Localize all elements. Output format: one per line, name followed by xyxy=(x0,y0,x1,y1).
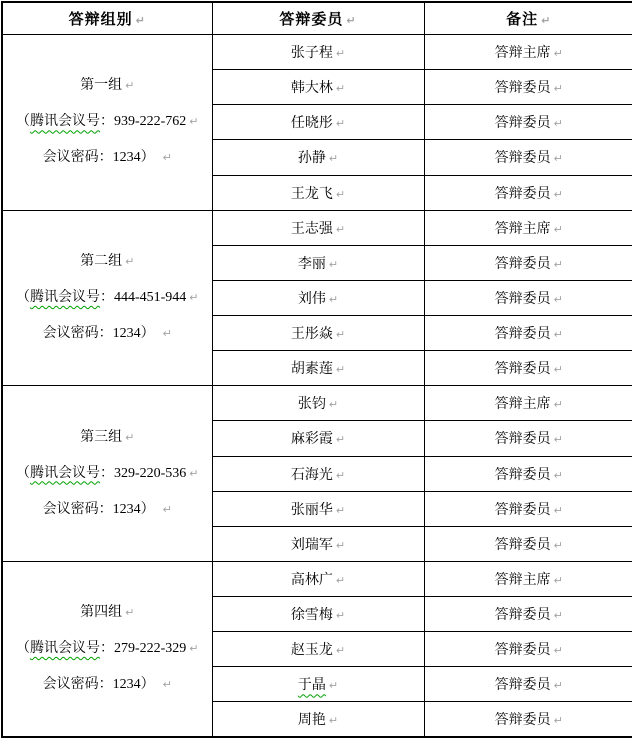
member-name-cell: 张钧↵ xyxy=(212,386,424,421)
member-role-cell: 答辩委员↵ xyxy=(424,316,632,351)
member-role: 答辩委员 xyxy=(495,116,551,131)
member-name: 王志强 xyxy=(291,222,333,237)
meeting-label-misspelled: 腾讯会议号 xyxy=(30,114,100,129)
member-role-cell: 答辩委员↵ xyxy=(424,245,632,280)
document-page: 答辩组别↵ 答辩委员↵ 备注↵ 第一组↵（腾讯会议号：939-222-762↵会… xyxy=(0,0,632,739)
member-name-cell: 韩大林↵ xyxy=(212,70,424,105)
member-name: 麻彩霞 xyxy=(291,432,333,447)
line-break-mark-icon: ↵ xyxy=(163,327,172,340)
member-role: 答辩委员 xyxy=(495,503,551,518)
member-name-cell: 李丽↵ xyxy=(212,245,424,280)
meeting-line-open: （ xyxy=(16,290,30,305)
group-name: 第一组↵ xyxy=(80,68,134,104)
line-break-mark-icon: ↵ xyxy=(346,14,356,27)
line-break-mark-icon: ↵ xyxy=(329,258,338,271)
line-break-mark-icon: ↵ xyxy=(554,644,563,657)
member-role-cell: 答辩委员↵ xyxy=(424,597,632,632)
member-role-cell: 答辩委员↵ xyxy=(424,351,632,386)
member-role-cell: 答辩委员↵ xyxy=(424,421,632,456)
line-break-mark-icon: ↵ xyxy=(554,679,563,692)
line-break-mark-icon: ↵ xyxy=(336,223,345,236)
member-role-cell: 答辩委员↵ xyxy=(424,491,632,526)
meeting-password-line: 会议密码：1234）↵ xyxy=(43,316,172,352)
line-break-mark-icon: ↵ xyxy=(554,504,563,517)
line-break-mark-icon: ↵ xyxy=(125,255,134,268)
member-role-cell: 答辩委员↵ xyxy=(424,632,632,667)
member-name: 孙静 xyxy=(298,151,326,166)
member-name-cell: 胡素莲↵ xyxy=(212,351,424,386)
line-break-mark-icon: ↵ xyxy=(554,433,563,446)
header-cell-member: 答辩委员↵ xyxy=(212,2,424,35)
line-break-mark-icon: ↵ xyxy=(163,503,172,516)
group-name: 第三组↵ xyxy=(80,420,134,456)
group-info-cell: 第三组↵（腾讯会议号：329-220-536↵会议密码：1234）↵ xyxy=(2,386,212,562)
line-break-mark-icon: ↵ xyxy=(336,433,345,446)
line-break-mark-icon: ↵ xyxy=(554,574,563,587)
group-info-lines: 第四组↵（腾讯会议号：279-222-329↵会议密码：1234）↵ xyxy=(3,595,212,703)
member-name: 韩大林 xyxy=(291,81,333,96)
member-name-cell: 徐雪梅↵ xyxy=(212,597,424,632)
line-break-mark-icon: ↵ xyxy=(554,293,563,306)
member-name-cell: 麻彩霞↵ xyxy=(212,421,424,456)
meeting-id-line: （腾讯会议号：279-222-329↵ xyxy=(16,631,199,667)
member-name: 张钧 xyxy=(298,397,326,412)
meeting-number: ：939-222-762 xyxy=(100,114,186,129)
member-role-cell: 答辩委员↵ xyxy=(424,702,632,737)
group-info-cell: 第二组↵（腾讯会议号：444-451-944↵会议密码：1234）↵ xyxy=(2,210,212,386)
member-name-cell: 王龙飞↵ xyxy=(212,175,424,210)
member-name-cell: 周艳↵ xyxy=(212,702,424,737)
member-name: 徐雪梅 xyxy=(291,608,333,623)
member-name: 张子程 xyxy=(291,46,333,61)
member-role: 答辩委员 xyxy=(495,713,551,728)
line-break-mark-icon: ↵ xyxy=(329,152,338,165)
header-cell-group: 答辩组别↵ xyxy=(2,2,212,35)
member-name: 刘伟 xyxy=(298,292,326,307)
member-name: 高林广 xyxy=(291,573,333,588)
line-break-mark-icon: ↵ xyxy=(125,79,134,92)
meeting-line-open: （ xyxy=(16,466,30,481)
member-name-cell: 张丽华↵ xyxy=(212,491,424,526)
member-role-cell: 答辩主席↵ xyxy=(424,386,632,421)
line-break-mark-icon: ↵ xyxy=(554,117,563,130)
header-cell-note: 备注↵ xyxy=(424,2,632,35)
meeting-id-line: （腾讯会议号：444-451-944↵ xyxy=(16,280,199,316)
line-break-mark-icon: ↵ xyxy=(136,14,146,27)
line-break-mark-icon: ↵ xyxy=(554,714,563,727)
table-row: 第四组↵（腾讯会议号：279-222-329↵会议密码：1234）↵高林广↵答辩… xyxy=(2,561,632,596)
meeting-password-line: 会议密码：1234）↵ xyxy=(43,492,172,528)
header-label-note: 备注 xyxy=(506,12,538,28)
line-break-mark-icon: ↵ xyxy=(336,82,345,95)
line-break-mark-icon: ↵ xyxy=(336,47,345,60)
member-name: 周艳 xyxy=(298,713,326,728)
member-role: 答辩委员 xyxy=(495,292,551,307)
line-break-mark-icon: ↵ xyxy=(336,574,345,587)
line-break-mark-icon: ↵ xyxy=(163,678,172,691)
member-role: 答辩委员 xyxy=(495,187,551,202)
line-break-mark-icon: ↵ xyxy=(336,117,345,130)
member-role-cell: 答辩委员↵ xyxy=(424,175,632,210)
member-role-cell: 答辩主席↵ xyxy=(424,35,632,70)
member-role: 答辩委员 xyxy=(495,643,551,658)
meeting-password-line: 会议密码：1234）↵ xyxy=(43,140,172,176)
meeting-label-misspelled: 腾讯会议号 xyxy=(30,641,100,656)
member-role: 答辩委员 xyxy=(495,151,551,166)
member-role: 答辩委员 xyxy=(495,678,551,693)
meeting-line-open: （ xyxy=(16,114,30,129)
line-break-mark-icon: ↵ xyxy=(336,504,345,517)
line-break-mark-icon: ↵ xyxy=(189,115,198,128)
member-name: 张丽华 xyxy=(291,503,333,518)
meeting-line-open: （ xyxy=(16,641,30,656)
member-role-cell: 答辩委员↵ xyxy=(424,105,632,140)
meeting-password-text: 会议密码：1234） xyxy=(43,326,155,341)
line-break-mark-icon: ↵ xyxy=(554,609,563,622)
member-name-cell: 孙静↵ xyxy=(212,140,424,175)
member-name-cell: 王彤焱↵ xyxy=(212,316,424,351)
member-name-cell: 于晶↵ xyxy=(212,667,424,702)
header-label-member: 答辩委员 xyxy=(279,12,343,28)
member-name: 王彤焱 xyxy=(291,327,333,342)
line-break-mark-icon: ↵ xyxy=(554,82,563,95)
group-name-text: 第一组 xyxy=(80,78,122,93)
header-row: 答辩组别↵ 答辩委员↵ 备注↵ xyxy=(2,2,632,35)
member-name-cell: 张子程↵ xyxy=(212,35,424,70)
line-break-mark-icon: ↵ xyxy=(336,609,345,622)
member-role-cell: 答辩主席↵ xyxy=(424,210,632,245)
group-info-cell: 第四组↵（腾讯会议号：279-222-329↵会议密码：1234）↵ xyxy=(2,561,212,737)
meeting-password-text: 会议密码：1234） xyxy=(43,677,155,692)
line-break-mark-icon: ↵ xyxy=(554,188,563,201)
member-name-cell: 高林广↵ xyxy=(212,561,424,596)
member-role: 答辩委员 xyxy=(495,327,551,342)
member-role: 答辩委员 xyxy=(495,257,551,272)
group-info-lines: 第三组↵（腾讯会议号：329-220-536↵会议密码：1234）↵ xyxy=(3,420,212,528)
line-break-mark-icon: ↵ xyxy=(329,293,338,306)
member-name-cell: 刘瑞军↵ xyxy=(212,526,424,561)
member-role: 答辩主席 xyxy=(495,573,551,588)
member-role-cell: 答辩委员↵ xyxy=(424,456,632,491)
meeting-password-text: 会议密码：1234） xyxy=(43,150,155,165)
member-role: 答辩委员 xyxy=(495,81,551,96)
member-role-cell: 答辩委员↵ xyxy=(424,280,632,315)
member-name-cell: 石海光↵ xyxy=(212,456,424,491)
line-break-mark-icon: ↵ xyxy=(329,714,338,727)
line-break-mark-icon: ↵ xyxy=(554,363,563,376)
line-break-mark-icon: ↵ xyxy=(329,398,338,411)
line-break-mark-icon: ↵ xyxy=(554,152,563,165)
member-role: 答辩委员 xyxy=(495,432,551,447)
member-name: 李丽 xyxy=(298,257,326,272)
table-body: 第一组↵（腾讯会议号：939-222-762↵会议密码：1234）↵张子程↵答辩… xyxy=(2,35,632,738)
meeting-number: ：329-220-536 xyxy=(100,466,186,481)
member-role: 答辩委员 xyxy=(495,608,551,623)
line-break-mark-icon: ↵ xyxy=(554,469,563,482)
group-info-lines: 第二组↵（腾讯会议号：444-451-944↵会议密码：1234）↵ xyxy=(3,244,212,352)
member-name-cell: 赵玉龙↵ xyxy=(212,632,424,667)
member-name-cell: 王志强↵ xyxy=(212,210,424,245)
group-name-text: 第四组 xyxy=(80,605,122,620)
line-break-mark-icon: ↵ xyxy=(125,606,134,619)
meeting-number: ：444-451-944 xyxy=(100,290,186,305)
member-role: 答辩委员 xyxy=(495,362,551,377)
line-break-mark-icon: ↵ xyxy=(554,398,563,411)
line-break-mark-icon: ↵ xyxy=(554,223,563,236)
line-break-mark-icon: ↵ xyxy=(163,151,172,164)
member-name: 任晓彤 xyxy=(291,116,333,131)
member-name-misspelled: 于晶 xyxy=(298,678,326,693)
member-name: 赵玉龙 xyxy=(291,643,333,658)
group-name-text: 第三组 xyxy=(80,430,122,445)
line-break-mark-icon: ↵ xyxy=(336,644,345,657)
meeting-number: ：279-222-329 xyxy=(100,641,186,656)
member-name: 王龙飞 xyxy=(291,187,333,202)
member-role: 答辩委员 xyxy=(495,468,551,483)
group-name: 第二组↵ xyxy=(80,244,134,280)
table-row: 第一组↵（腾讯会议号：939-222-762↵会议密码：1234）↵张子程↵答辩… xyxy=(2,35,632,70)
line-break-mark-icon: ↵ xyxy=(189,642,198,655)
line-break-mark-icon: ↵ xyxy=(336,363,345,376)
line-break-mark-icon: ↵ xyxy=(554,328,563,341)
member-name: 石海光 xyxy=(291,468,333,483)
member-name-cell: 刘伟↵ xyxy=(212,280,424,315)
line-break-mark-icon: ↵ xyxy=(189,467,198,480)
member-role: 答辩委员 xyxy=(495,538,551,553)
member-role-cell: 答辩委员↵ xyxy=(424,667,632,702)
member-role-cell: 答辩委员↵ xyxy=(424,70,632,105)
group-name: 第四组↵ xyxy=(80,595,134,631)
meeting-label-misspelled: 腾讯会议号 xyxy=(30,290,100,305)
line-break-mark-icon: ↵ xyxy=(336,539,345,552)
member-role-cell: 答辩主席↵ xyxy=(424,561,632,596)
member-role-cell: 答辩委员↵ xyxy=(424,140,632,175)
meeting-password-line: 会议密码：1234）↵ xyxy=(43,667,172,703)
member-role-cell: 答辩委员↵ xyxy=(424,526,632,561)
group-name-text: 第二组 xyxy=(80,254,122,269)
table-row: 第二组↵（腾讯会议号：444-451-944↵会议密码：1234）↵王志强↵答辩… xyxy=(2,210,632,245)
member-role: 答辩主席 xyxy=(495,222,551,237)
group-info-cell: 第一组↵（腾讯会议号：939-222-762↵会议密码：1234）↵ xyxy=(2,35,212,211)
member-name: 胡素莲 xyxy=(291,362,333,377)
member-role: 答辩主席 xyxy=(495,46,551,61)
meeting-label-misspelled: 腾讯会议号 xyxy=(30,466,100,481)
header-label-group: 答辩组别 xyxy=(69,12,133,28)
group-info-lines: 第一组↵（腾讯会议号：939-222-762↵会议密码：1234）↵ xyxy=(3,68,212,176)
line-break-mark-icon: ↵ xyxy=(329,679,338,692)
defense-groups-table: 答辩组别↵ 答辩委员↵ 备注↵ 第一组↵（腾讯会议号：939-222-762↵会… xyxy=(1,1,632,738)
line-break-mark-icon: ↵ xyxy=(554,47,563,60)
table-row: 第三组↵（腾讯会议号：329-220-536↵会议密码：1234）↵张钧↵答辩主… xyxy=(2,386,632,421)
line-break-mark-icon: ↵ xyxy=(336,328,345,341)
member-name-cell: 任晓彤↵ xyxy=(212,105,424,140)
member-name: 刘瑞军 xyxy=(291,538,333,553)
line-break-mark-icon: ↵ xyxy=(336,188,345,201)
line-break-mark-icon: ↵ xyxy=(554,539,563,552)
line-break-mark-icon: ↵ xyxy=(554,258,563,271)
meeting-id-line: （腾讯会议号：939-222-762↵ xyxy=(16,104,199,140)
line-break-mark-icon: ↵ xyxy=(336,469,345,482)
meeting-id-line: （腾讯会议号：329-220-536↵ xyxy=(16,456,199,492)
meeting-password-text: 会议密码：1234） xyxy=(43,502,155,517)
line-break-mark-icon: ↵ xyxy=(189,291,198,304)
line-break-mark-icon: ↵ xyxy=(541,14,551,27)
member-role: 答辩主席 xyxy=(495,397,551,412)
line-break-mark-icon: ↵ xyxy=(125,431,134,444)
